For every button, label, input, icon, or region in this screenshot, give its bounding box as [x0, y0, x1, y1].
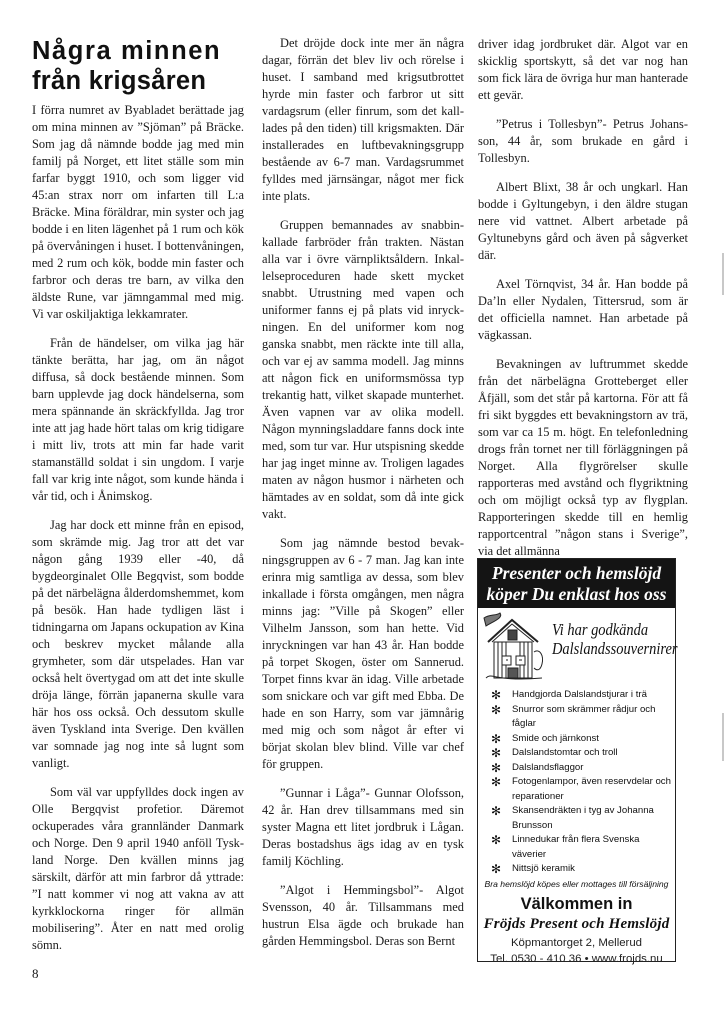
paragraph: Från de händelser, om vilka jag här tänk…: [32, 335, 244, 505]
ad-header-line-1: Presenter och hemslöjd: [480, 563, 673, 584]
asterisk-icon: ✻: [491, 775, 501, 790]
asterisk-icon: ✻: [491, 833, 501, 848]
paragraph: Jag har dock ett minne från en episod, s…: [32, 517, 244, 772]
ad-slogan-line-1: Vi har godkända: [552, 620, 678, 639]
paragraph: Axel Törnqvist, 34 år. Han bodde på Da’l…: [478, 276, 688, 344]
ad-header: Presenter och hemslöjd köper Du enklast …: [478, 559, 675, 608]
paragraph: ”Algot i Hemmingsbol”- Algot Svensson, 4…: [262, 882, 464, 950]
paragraph: I förra numret av Byabladet berättade ja…: [32, 102, 244, 323]
ad-slogan: Vi har godkända Dalslandssouvernirer: [552, 620, 678, 658]
ad-slogan-line-2: Dalslandssouvernirer: [552, 639, 678, 658]
asterisk-icon: ✻: [491, 703, 501, 718]
list-item: ✻Nittsjö keramik: [489, 862, 671, 877]
asterisk-icon: ✻: [491, 688, 501, 703]
ad-contact: Tel. 0530 - 410 36 • www.frojds.nu: [478, 951, 675, 967]
article-column-3: driver idag jordbruket där. Algot var en…: [478, 0, 688, 572]
house-illustration-icon: [482, 612, 548, 684]
ad-illustration-area: Vi har godkända Dalslandssouvernirer: [478, 608, 675, 688]
ad-product-list: ✻Handgjorda Dalslandstjurar i trä ✻Snurr…: [478, 688, 675, 877]
article-title: Några minnen från krigsåren: [32, 36, 244, 96]
paragraph: driver idag jordbruket där. Algot var en…: [478, 36, 688, 104]
paragraph: ”Petrus i Tollesbyn”- Petrus Johans­son,…: [478, 116, 688, 167]
paragraph: Som väl var uppfylldes dock ingen av Oll…: [32, 784, 244, 954]
ad-address: Köpmantorget 2, Mellerud: [478, 935, 675, 951]
list-item: ✻Dalslandsflaggor: [489, 761, 671, 776]
article-column-1: Några minnen från krigsåren I förra numr…: [32, 0, 244, 966]
article-column-2: Det dröjde dock inte mer än några dagar,…: [262, 0, 464, 962]
paragraph: Albert Blixt, 38 år och ungkarl. Han bod…: [478, 179, 688, 264]
asterisk-icon: ✻: [491, 746, 501, 761]
list-item: ✻Smide och järnkonst: [489, 732, 671, 747]
title-line-1: Några minnen: [32, 36, 244, 66]
paragraph: Gruppen bemannades av snabbin­kallade fa…: [262, 217, 464, 523]
paragraph: Det dröjde dock inte mer än några dagar,…: [262, 35, 464, 205]
scan-mark-top: [722, 253, 724, 295]
list-item: ✻Linnedukar från flera Svenska väverier: [489, 833, 671, 862]
asterisk-icon: ✻: [491, 761, 501, 776]
list-item: ✻Fotogenlampor, även reservdelar och rep…: [489, 775, 671, 804]
paragraph: ”Gunnar i Låga”- Gunnar Olofsson, 42 år.…: [262, 785, 464, 870]
list-item: ✻Handgjorda Dalslandstjurar i trä: [489, 688, 671, 703]
list-item: ✻Skansendräkten i tyg av Johanna Brunsso…: [489, 804, 671, 833]
title-line-2: från krigsåren: [32, 66, 244, 96]
advertisement-box: Presenter och hemslöjd köper Du enklast …: [477, 558, 676, 962]
asterisk-icon: ✻: [491, 732, 501, 747]
asterisk-icon: ✻: [491, 862, 501, 877]
ad-shop-name: Fröjds Present och Hemslöjd: [478, 916, 675, 933]
list-item: ✻Snurror som skrämmer rådjur och fåglar: [489, 703, 671, 732]
ad-header-line-2: köper Du enklast hos oss: [480, 584, 673, 605]
ad-note: Bra hemslöjd köpes eller mottages till f…: [478, 879, 675, 889]
paragraph: Som jag nämnde bestod bevak­ningsgruppen…: [262, 535, 464, 773]
asterisk-icon: ✻: [491, 804, 501, 819]
list-item: ✻Dalslandstomtar och troll: [489, 746, 671, 761]
paragraph: Bevakningen av luftrummet skedde från de…: [478, 356, 688, 560]
page-number: 8: [32, 966, 39, 982]
ad-welcome: Välkommen in: [478, 895, 675, 914]
scan-mark-bottom: [722, 713, 724, 761]
